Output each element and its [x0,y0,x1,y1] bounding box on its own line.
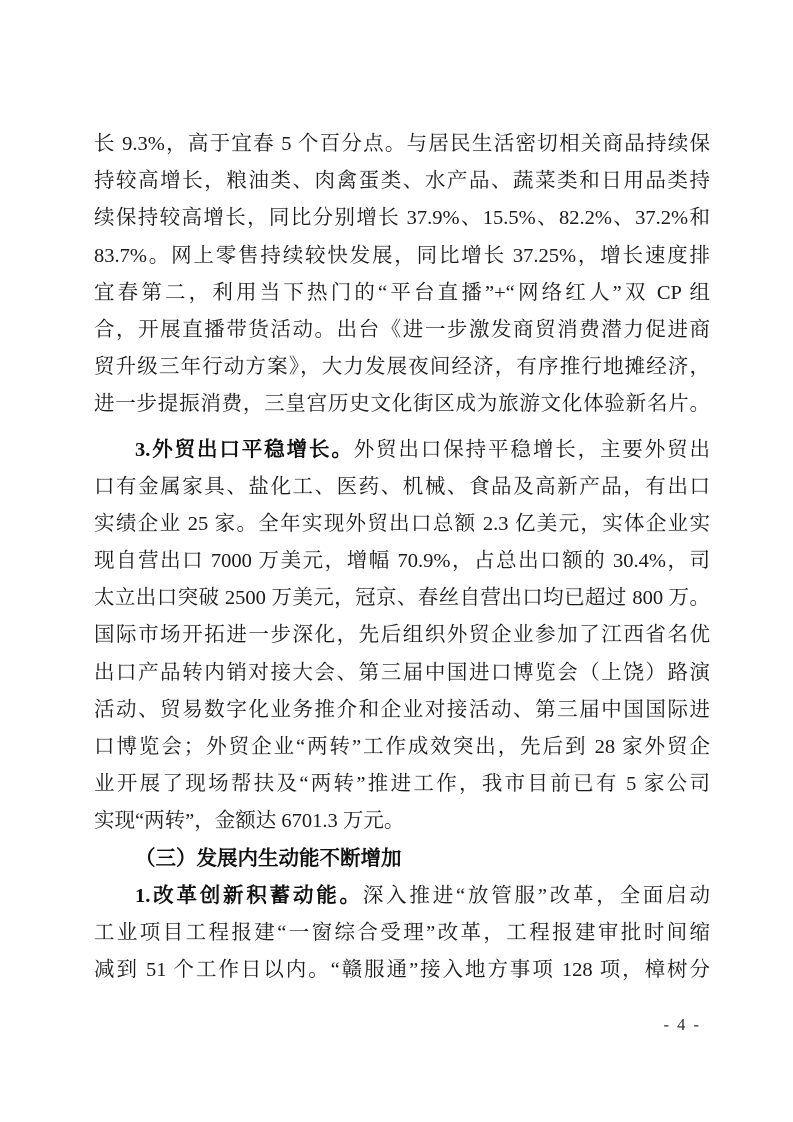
text-line: 国际市场开拓进一步深化，先后组织外贸企业参加了江西省名优 [94,617,710,654]
text-line: 1.改革创新积蓄动能。深入推进“放管服”改革，全面启动 [94,878,710,915]
text-line: 太立出口突破 2500 万美元，冠京、春丝自营出口均已超过 800 万。 [94,580,710,617]
text-line: 口博览会；外贸企业“两转”工作成效突出，先后到 28 家外贸企 [94,729,710,766]
text-line: 现自营出口 7000 万美元，增幅 70.9%，占总出口额的 30.4%，司 [94,543,710,580]
document-body: 长 9.3%，高于宜春 5 个百分点。与居民生活密切相关商品持续保持较高增长，粮… [94,126,710,989]
text-line: 续保持较高增长，同比分别增长 37.9%、15.5%、82.2%、37.2%和 [94,200,710,237]
body-text: 深入推进“放管服”改革，全面启动 [363,885,710,907]
body-text: 贸升级三年行动方案》，大力发展夜间经济，有序推行地摊经济， [94,356,710,378]
text-line: 业开展了现场帮扶及“两转”推进工作，我市目前已有 5 家公司 [94,766,710,803]
body-text: 太立出口突破 2500 万美元，冠京、春丝自营出口均已超过 800 万。 [94,587,710,609]
body-text: 长 9.3%，高于宜春 5 个百分点。与居民生活密切相关商品持续保 [94,133,710,155]
text-line: 活动、贸易数字化业务推介和企业对接活动、第三届中国国际进 [94,692,710,729]
body-text: 进一步提振消费，三皇宫历史文化街区成为旅游文化体验新名片。 [94,393,710,415]
bold-lead-text: （三）发展内生动能不断增加 [135,848,402,870]
text-line: 口有金属家具、盐化工、医药、机械、食品及高新产品，有出口 [94,469,710,506]
body-text: 口有金属家具、盐化工、医药、机械、食品及高新产品，有出口 [94,476,710,498]
body-text: 合，开展直播带货活动。出台《进一步激发商贸消费潜力促进商 [94,319,710,341]
text-line: 减到 51 个工作日以内。“赣服通”接入地方事项 128 项，樟树分 [94,952,710,989]
body-text: 外贸出口保持平稳增长，主要外贸出 [354,439,710,461]
text-line: 工业项目工程报建“一窗综合受理”改革，工程报建审批时间缩 [94,915,710,952]
body-text: 83.7%。网上零售持续较快发展，同比增长 37.25%，增长速度排 [94,245,710,267]
text-line: 合，开展直播带货活动。出台《进一步激发商贸消费潜力促进商 [94,312,710,349]
text-line: 实现“两转”，金额达 6701.3 万元。 [94,803,710,840]
text-line: 83.7%。网上零售持续较快发展，同比增长 37.25%，增长速度排 [94,238,710,275]
body-text: 现自营出口 7000 万美元，增幅 70.9%，占总出口额的 30.4%，司 [94,550,710,572]
text-line: 实绩企业 25 家。全年实现外贸出口总额 2.3 亿美元，实体企业实 [94,506,710,543]
body-text: 国际市场开拓进一步深化，先后组织外贸企业参加了江西省名优 [94,624,710,646]
body-text: 口博览会；外贸企业“两转”工作成效突出，先后到 28 家外贸企 [94,736,710,758]
text-line: 出口产品转内销对接大会、第三届中国进口博览会（上饶）路演 [94,655,710,692]
body-text: 工业项目工程报建“一窗综合受理”改革，工程报建审批时间缩 [94,922,710,944]
page-number: - 4 - [664,1013,702,1037]
text-line: 长 9.3%，高于宜春 5 个百分点。与居民生活密切相关商品持续保 [94,126,710,163]
body-text: 减到 51 个工作日以内。“赣服通”接入地方事项 128 项，樟树分 [94,959,710,981]
body-text: 续保持较高增长，同比分别增长 37.9%、15.5%、82.2%、37.2%和 [94,207,710,229]
body-text: 实现“两转”，金额达 6701.3 万元。 [94,810,404,832]
document-page: 长 9.3%，高于宜春 5 个百分点。与居民生活密切相关商品持续保持较高增长，粮… [0,0,793,1122]
text-line: 3.外贸出口平稳增长。外贸出口保持平稳增长，主要外贸出 [94,432,710,469]
body-text: 出口产品转内销对接大会、第三届中国进口博览会（上饶）路演 [94,662,710,684]
bold-lead-text: 1.改革创新积蓄动能。 [135,885,363,907]
text-line: （三）发展内生动能不断增加 [94,841,710,878]
text-line: 贸升级三年行动方案》，大力发展夜间经济，有序推行地摊经济， [94,349,710,386]
body-text: 宜春第二，利用当下热门的“平台直播”+“网络红人”双 CP 组 [94,282,710,304]
text-line: 进一步提振消费，三皇宫历史文化街区成为旅游文化体验新名片。 [94,386,710,423]
bold-lead-text: 3.外贸出口平稳增长。 [135,439,354,461]
body-text: 业开展了现场帮扶及“两转”推进工作，我市目前已有 5 家公司 [94,773,710,795]
text-line: 持较高增长，粮油类、肉禽蛋类、水产品、蔬菜类和日用品类持 [94,163,710,200]
body-text: 持较高增长，粮油类、肉禽蛋类、水产品、蔬菜类和日用品类持 [94,170,710,192]
body-text: 活动、贸易数字化业务推介和企业对接活动、第三届中国国际进 [94,699,710,721]
text-line: 宜春第二，利用当下热门的“平台直播”+“网络红人”双 CP 组 [94,275,710,312]
body-text: 实绩企业 25 家。全年实现外贸出口总额 2.3 亿美元，实体企业实 [94,513,710,535]
